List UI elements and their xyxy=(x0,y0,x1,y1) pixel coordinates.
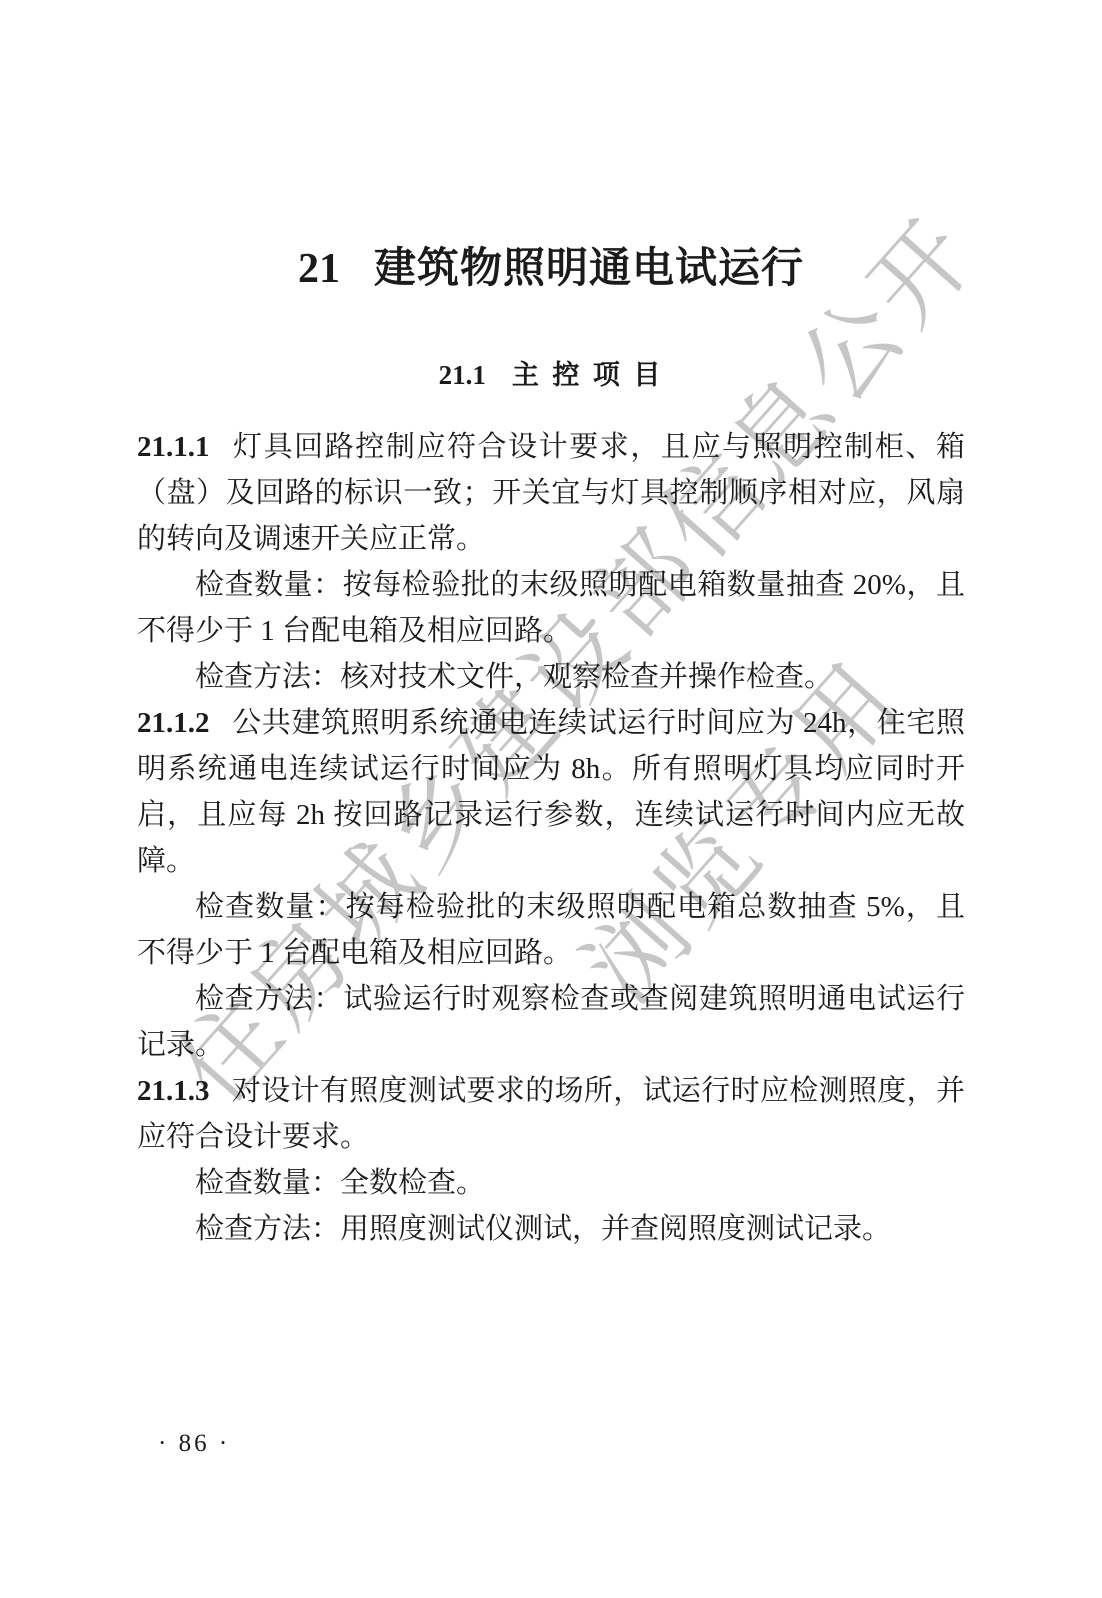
chapter-number: 21 xyxy=(298,246,340,292)
body-text: 21.1.1灯具回路控制应符合设计要求，且应与照明控制柜、箱（盘）及回路的标识一… xyxy=(137,424,965,1252)
clause-note-method: 检查方法：用照度测试仪测试，并查阅照度测试记录。 xyxy=(137,1206,965,1252)
section-number: 21.1 xyxy=(439,360,486,390)
clause-21-1-1: 21.1.1灯具回路控制应符合设计要求，且应与照明控制柜、箱（盘）及回路的标识一… xyxy=(137,424,965,700)
clause-text: 灯具回路控制应符合设计要求，且应与照明控制柜、箱（盘）及回路的标识一致；开关宜与… xyxy=(137,431,965,555)
chapter-title-text: 建筑物照明通电试运行 xyxy=(374,246,804,292)
clause-number: 21.1.2 xyxy=(137,707,210,739)
clause-21-1-3: 21.1.3对设计有照度测试要求的场所，试运行时应检测照度，并应符合设计要求。 … xyxy=(137,1068,965,1252)
clause-number: 21.1.1 xyxy=(137,431,210,463)
clause-text: 对设计有照度测试要求的场所，试运行时应检测照度，并应符合设计要求。 xyxy=(137,1075,965,1153)
clause-note-method: 检查方法：试验运行时观察检查或查阅建筑照明通电试运行记录。 xyxy=(137,976,965,1068)
clause-21-1-2: 21.1.2公共建筑照明系统通电连续试运行时间应为 24h，住宅照明系统通电连续… xyxy=(137,700,965,1068)
page-number: · 86 · xyxy=(158,1430,230,1458)
chapter-title: 21建筑物照明通电试运行 xyxy=(137,243,965,295)
clause-note-quantity: 检查数量：全数检查。 xyxy=(137,1160,965,1206)
clause-note-quantity: 检查数量：按每检验批的末级照明配电箱总数抽查 5%，且不得少于 1 台配电箱及相… xyxy=(137,884,965,976)
section-title-text: 主 控 项 目 xyxy=(512,360,664,390)
clause-paragraph: 21.1.2公共建筑照明系统通电连续试运行时间应为 24h，住宅照明系统通电连续… xyxy=(137,700,965,884)
clause-note-method: 检查方法：核对技术文件，观察检查并操作检查。 xyxy=(137,654,965,700)
document-page: 住房城乡建设部信息公开 浏览专用 21建筑物照明通电试运行 21.1主 控 项 … xyxy=(0,0,1102,1598)
clause-number: 21.1.3 xyxy=(137,1075,210,1107)
section-heading: 21.1主 控 项 目 xyxy=(137,358,965,392)
clause-paragraph: 21.1.1灯具回路控制应符合设计要求，且应与照明控制柜、箱（盘）及回路的标识一… xyxy=(137,424,965,562)
clause-note-quantity: 检查数量：按每检验批的末级照明配电箱数量抽查 20%，且不得少于 1 台配电箱及… xyxy=(137,562,965,654)
clause-text: 公共建筑照明系统通电连续试运行时间应为 24h，住宅照明系统通电连续试运行时间应… xyxy=(137,707,965,877)
clause-paragraph: 21.1.3对设计有照度测试要求的场所，试运行时应检测照度，并应符合设计要求。 xyxy=(137,1068,965,1160)
